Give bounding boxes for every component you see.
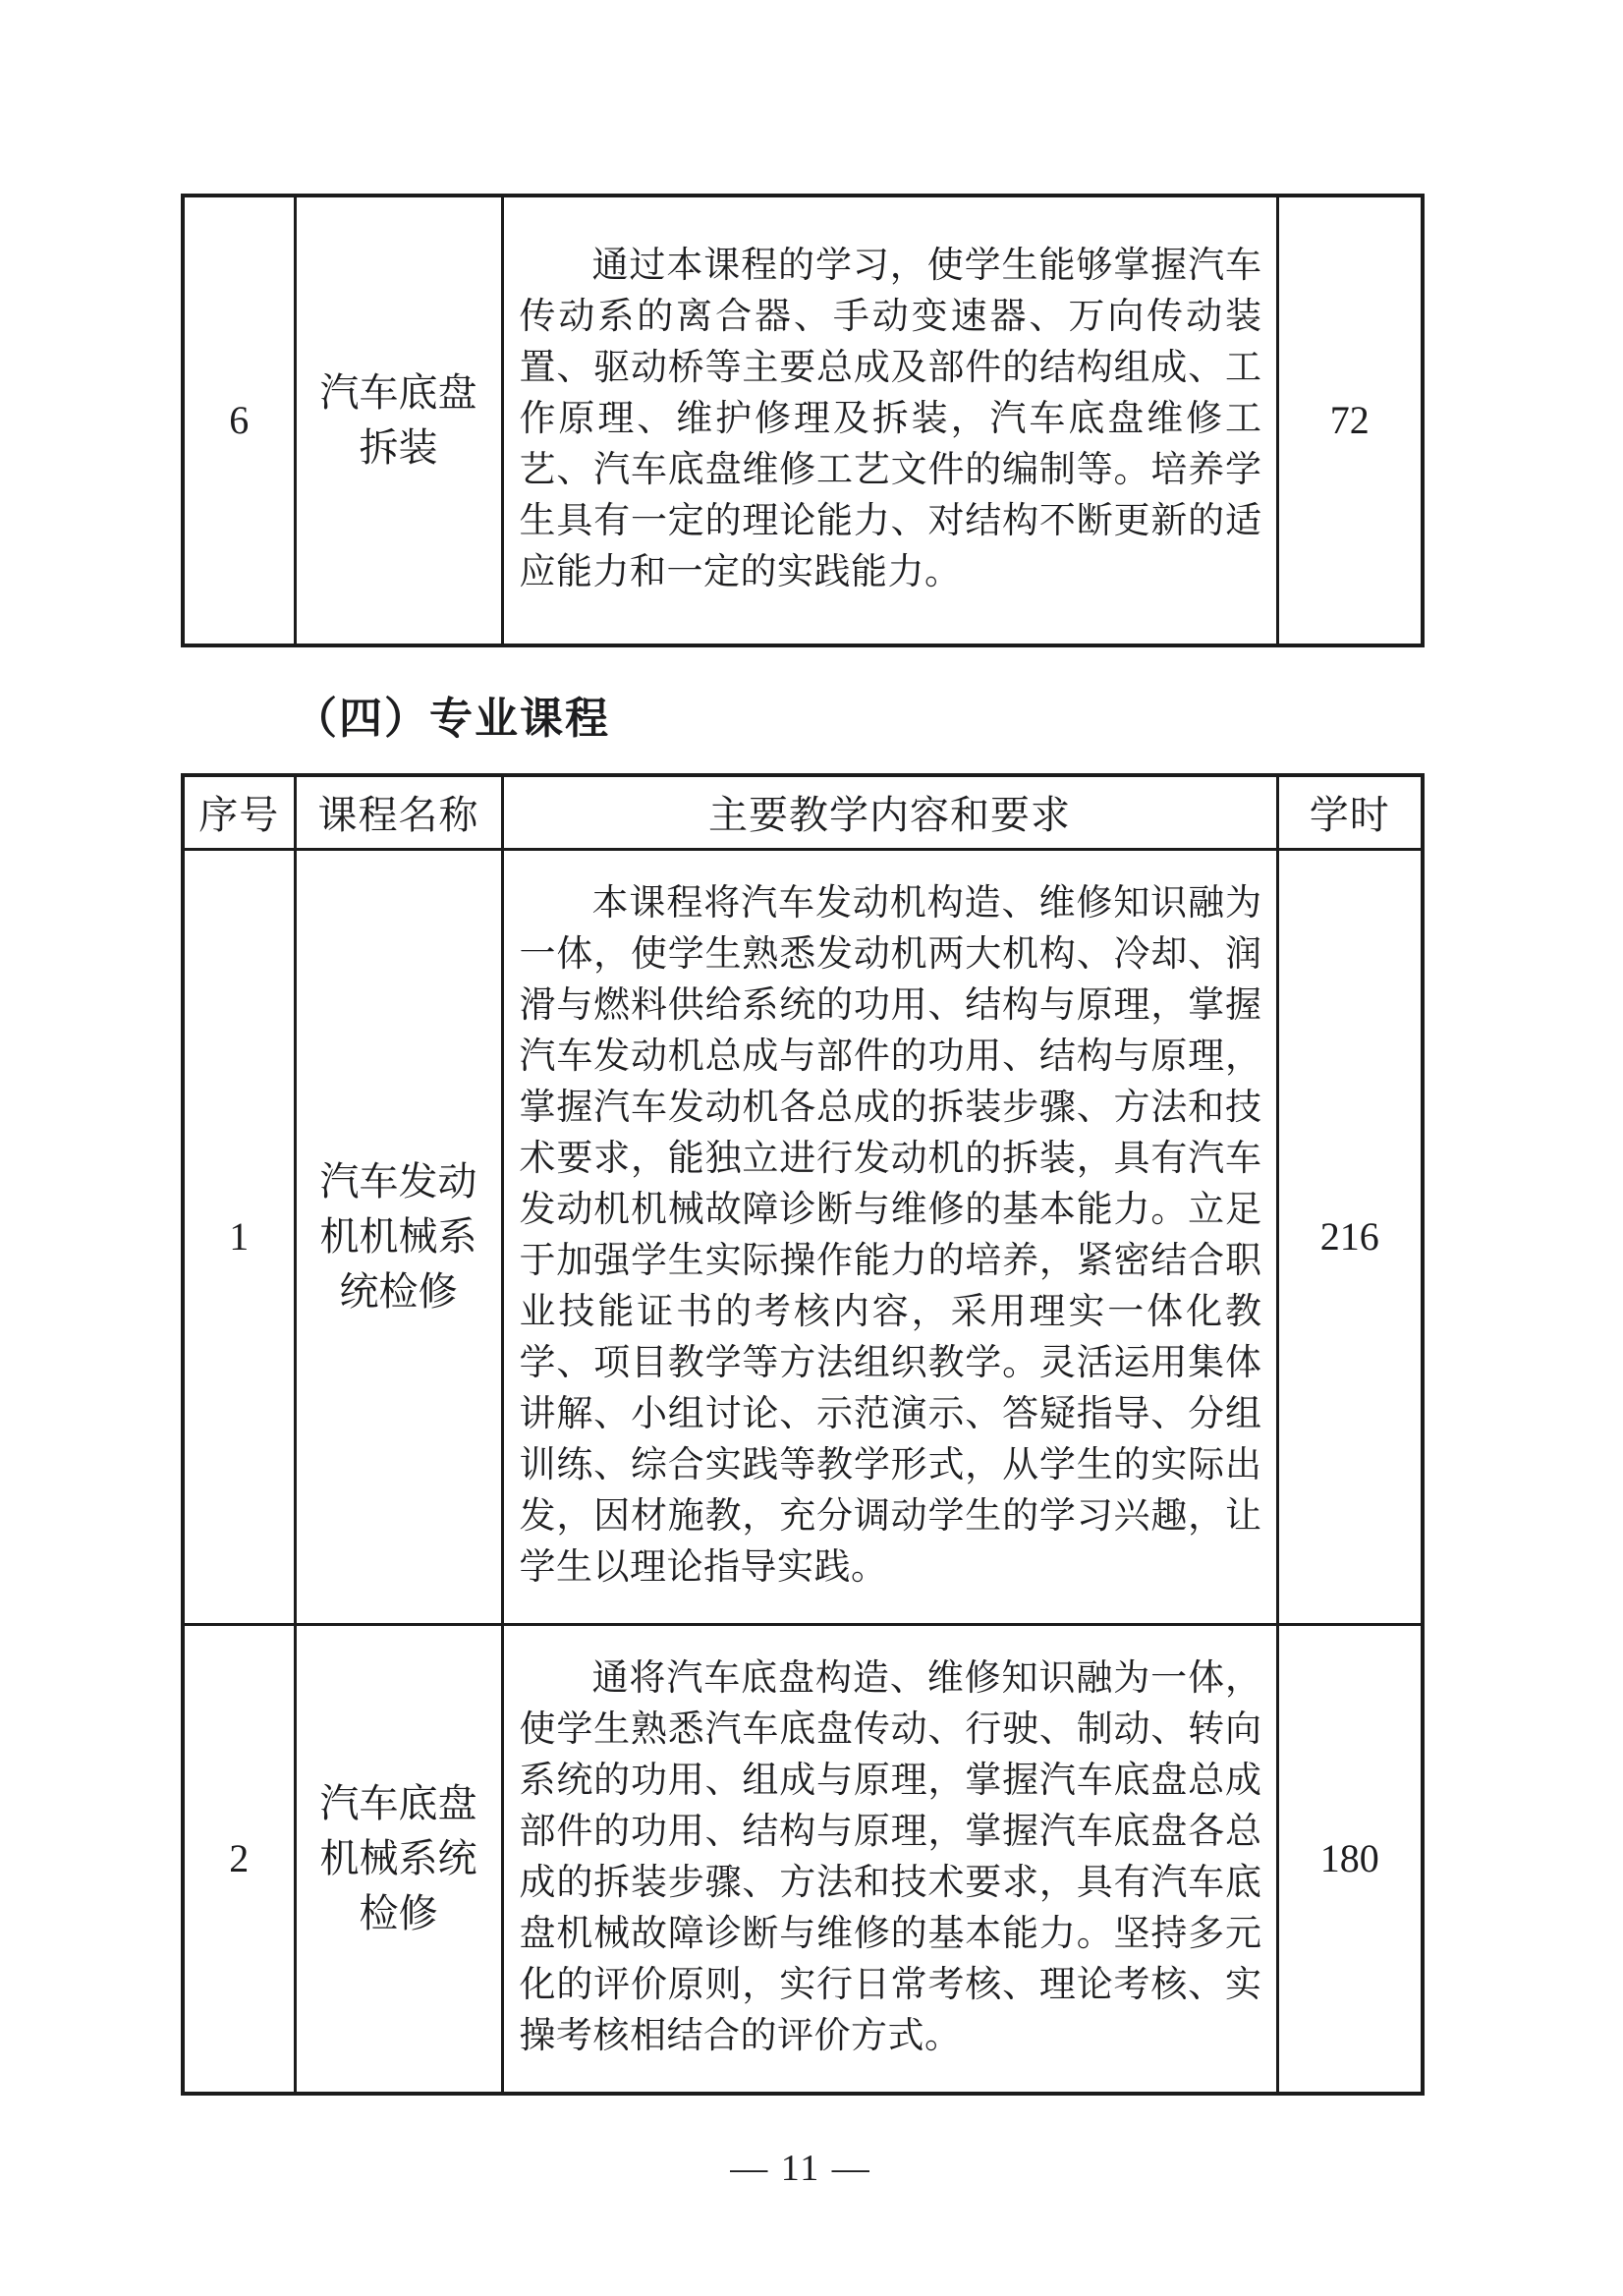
section-heading: （四）专业课程	[294, 683, 1421, 746]
course-name: 汽车底盘拆装	[295, 196, 502, 645]
header-content: 主要教学内容和要求	[502, 775, 1277, 849]
row-number: 2	[183, 1624, 295, 2094]
course-description-cell: 通将汽车底盘构造、维修知识融为一体，使学生熟悉汽车底盘传动、行驶、制动、转向系统…	[502, 1624, 1277, 2094]
course-description: 通过本课程的学习，使学生能够掌握汽车传动系的离合器、手动变速器、万向传动装置、驱…	[504, 213, 1276, 628]
table-row: 2 汽车底盘机械系统检修 通将汽车底盘构造、维修知识融为一体，使学生熟悉汽车底盘…	[183, 1624, 1423, 2094]
course-table: 序号 课程名称 主要教学内容和要求 学时 1 汽车发动机机械系统检修 本课程将汽…	[181, 773, 1425, 2096]
row-number: 6	[183, 196, 295, 645]
header-hours: 学时	[1277, 775, 1423, 849]
table-header-row: 序号 课程名称 主要教学内容和要求 学时	[183, 775, 1423, 849]
row-number: 1	[183, 849, 295, 1624]
table-row: 6 汽车底盘拆装 通过本课程的学习，使学生能够掌握汽车传动系的离合器、手动变速器…	[183, 196, 1423, 645]
course-description-cell: 通过本课程的学习，使学生能够掌握汽车传动系的离合器、手动变速器、万向传动装置、驱…	[502, 196, 1277, 645]
course-description: 通将汽车底盘构造、维修知识融为一体，使学生熟悉汽车底盘传动、行驶、制动、转向系统…	[504, 1626, 1276, 2092]
page-number: — 11 —	[181, 2147, 1421, 2190]
course-name: 汽车发动机机械系统检修	[295, 849, 502, 1624]
course-name: 汽车底盘机械系统检修	[295, 1624, 502, 2094]
header-no: 序号	[183, 775, 295, 849]
course-description-cell: 本课程将汽车发动机构造、维修知识融为一体，使学生熟悉发动机两大机构、冷却、润滑与…	[502, 849, 1277, 1624]
table-row: 1 汽车发动机机械系统检修 本课程将汽车发动机构造、维修知识融为一体，使学生熟悉…	[183, 849, 1423, 1624]
header-course: 课程名称	[295, 775, 502, 849]
document-page: 6 汽车底盘拆装 通过本课程的学习，使学生能够掌握汽车传动系的离合器、手动变速器…	[0, 0, 1421, 2190]
course-description: 本课程将汽车发动机构造、维修知识融为一体，使学生熟悉发动机两大机构、冷却、润滑与…	[504, 851, 1276, 1623]
course-table-continued: 6 汽车底盘拆装 通过本课程的学习，使学生能够掌握汽车传动系的离合器、手动变速器…	[181, 194, 1425, 647]
course-hours: 216	[1277, 849, 1423, 1624]
course-hours: 72	[1277, 196, 1423, 645]
course-hours: 180	[1277, 1624, 1423, 2094]
